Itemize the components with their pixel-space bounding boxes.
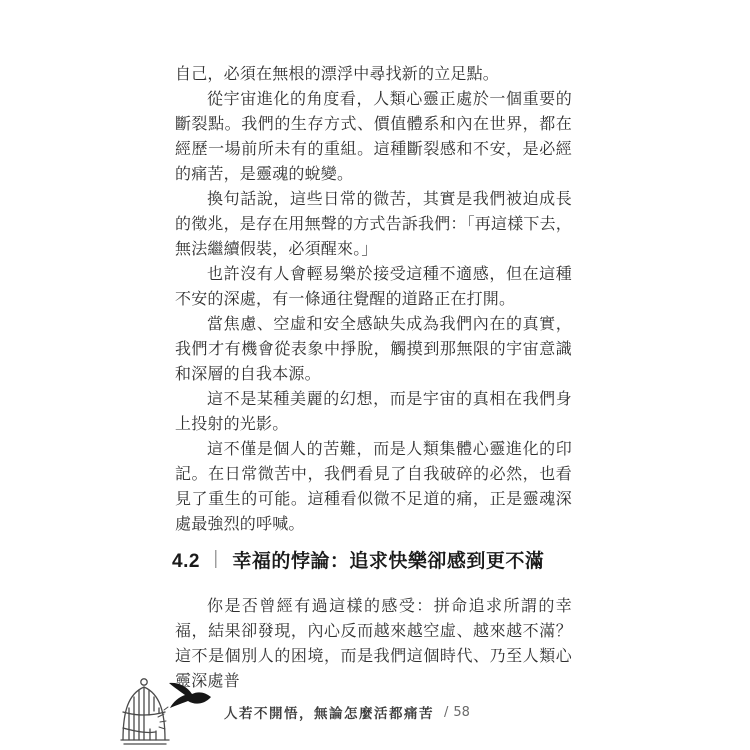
paragraph: 自己，必須在無根的漂浮中尋找新的立足點。 — [175, 62, 572, 87]
section-heading: 4.2｜幸福的悖論：追求快樂卻感到更不滿 — [172, 546, 544, 573]
heading-separator: ｜ — [200, 550, 233, 570]
section-number: 4.2 — [172, 551, 200, 572]
paragraph: 當焦慮、空虛和安全感缺失成為我們內在的真實，我們才有機會從表象中掙脫，觸摸到那無… — [175, 312, 572, 387]
book-page: 自己，必須在無根的漂浮中尋找新的立足點。 從宇宙進化的角度看，人類心靈正處於一個… — [0, 0, 750, 750]
section-title: 幸福的悖論：追求快樂卻感到更不滿 — [232, 551, 544, 572]
paragraph: 這不是某種美麗的幻想，而是宇宙的真相在我們身上投射的光影。 — [175, 387, 572, 437]
paragraph: 換句話說，這些日常的微苦，其實是我們被迫成長的徵兆，是存在用無聲的方式告訴我們：… — [175, 187, 572, 262]
paragraph: 也許沒有人會輕易樂於接受這種不適感，但在這種不安的深處，有一條通往覺醒的道路正在… — [175, 262, 572, 312]
paragraph: 從宇宙進化的角度看，人類心靈正處於一個重要的斷裂點。我們的生存方式、價值體系和內… — [175, 87, 572, 187]
escaping-bird-icon — [166, 680, 212, 716]
page-number-group: / 58 — [444, 705, 470, 720]
page-footer: 人若不開悟，無論怎麼活都痛苦 / 58 — [114, 676, 470, 748]
paragraph: 這不僅是個人的苦難，而是人類集體心靈進化的印記。在日常微苦中，我們看見了自我破碎… — [175, 437, 572, 537]
page-number-separator: / — [444, 705, 448, 720]
body-text-block-top: 自己，必須在無根的漂浮中尋找新的立足點。 從宇宙進化的角度看，人類心靈正處於一個… — [175, 62, 572, 537]
page-number: 58 — [453, 705, 470, 720]
footer-motto: 人若不開悟，無論怎麼活都痛苦 — [224, 702, 434, 722]
